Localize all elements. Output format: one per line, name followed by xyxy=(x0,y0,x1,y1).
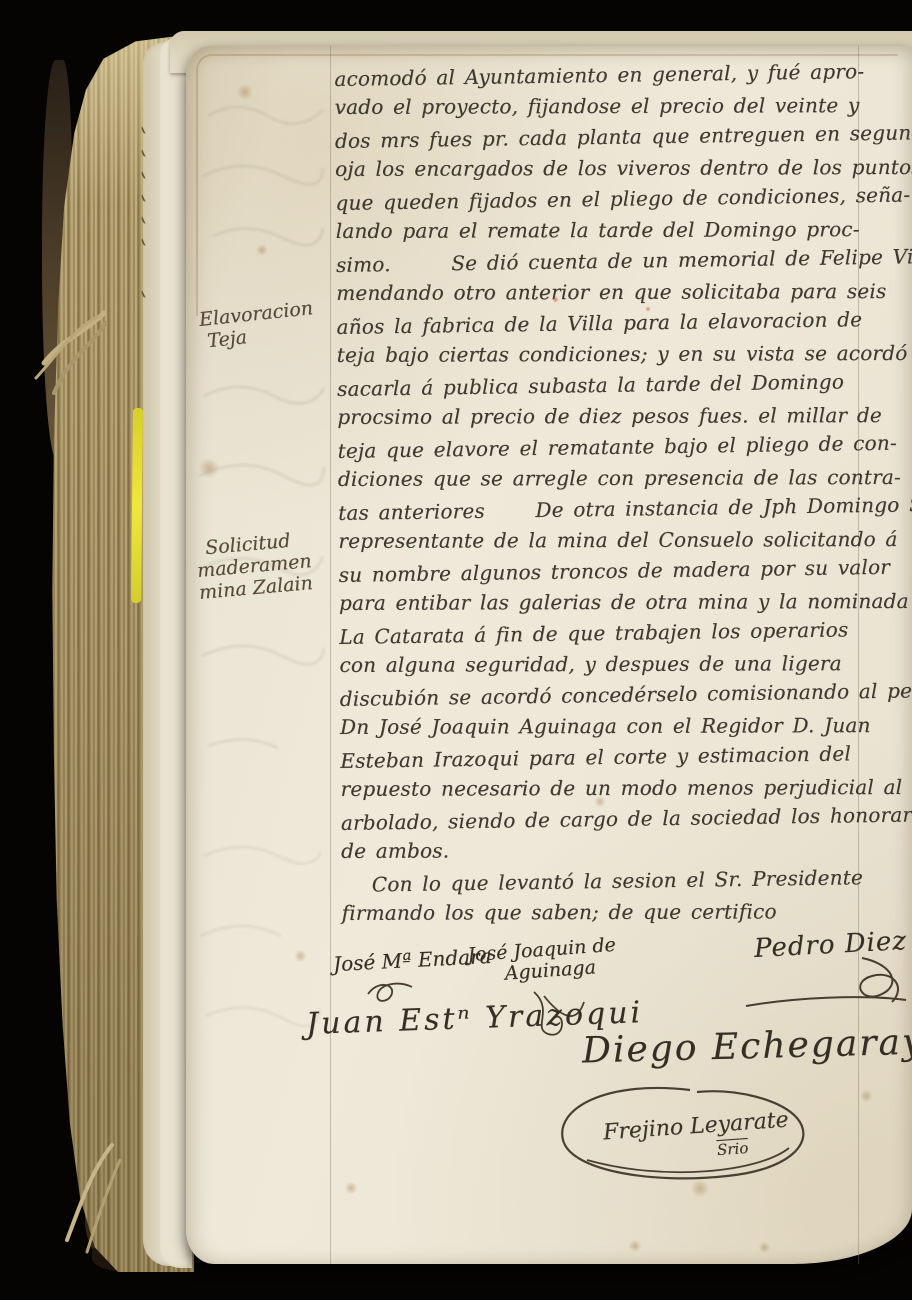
manuscript-line: que queden fijados en el pliego de condi… xyxy=(335,180,865,219)
binding-cord xyxy=(24,308,124,408)
manuscript-line: diciones que se arregle con presencia de… xyxy=(338,462,868,495)
manuscript-line: Dn José Joaquin Aguinaga con el Regidor … xyxy=(340,710,870,743)
ink-bleedthrough xyxy=(196,826,321,1086)
manuscript-line: simo. Se dió cuenta de un memorial de Fe… xyxy=(336,242,866,281)
manuscript-line: teja que elavore el rematante bajo el pl… xyxy=(337,428,867,467)
manuscript-line: oja los encargados de los viveros dentro… xyxy=(335,152,865,185)
manuscript-line: discubión se acordó concedérselo comisio… xyxy=(340,676,870,715)
secretary-title: Srio xyxy=(716,1139,748,1159)
manuscript-line: vado el proyecto, fijandose el precio de… xyxy=(335,90,865,123)
manuscript-line: dos mrs fues pr. cada planta que entregu… xyxy=(335,118,865,157)
manuscript-line: teja bajo ciertas condiciones; y en su v… xyxy=(337,338,867,371)
ink-bleedthrough xyxy=(198,86,328,306)
manuscript-line: mendando otro anterior en que solicitaba… xyxy=(336,276,866,309)
secretary-signature: Frejino Leyarate Srio xyxy=(545,1078,835,1198)
manuscript-line: Esteban Irazoqui para el corte y estimac… xyxy=(340,738,870,777)
manuscript-line: sacarla á publica subasta la tarde del D… xyxy=(337,366,867,405)
manuscript-line: tas anteriores De otra instancia de Jph … xyxy=(338,490,868,529)
scanned-manuscript-photo: Elavoracion Teja Solicitud maderamen min… xyxy=(0,0,912,1300)
manuscript-line: repuesto necesario de un modo menos perj… xyxy=(341,772,871,805)
manuscript-line: arbolado, siendo de cargo de la sociedad… xyxy=(341,800,871,839)
manuscript-line: años la fabrica de la Villa para la elav… xyxy=(336,304,866,343)
rubric-flourish xyxy=(742,954,910,1020)
manuscript-line: firmando los que saben; de que certifico xyxy=(342,896,872,929)
manuscript-line: procsimo al precio de diez pesos fues. e… xyxy=(337,400,867,433)
yellow-page-edge-marker xyxy=(131,408,143,603)
margin-note-solicitud-maderamen: Solicitud maderamen mina Zalain xyxy=(194,528,314,604)
manuscript-body-text: acomodó al Ayuntamiento en general, y fu… xyxy=(334,58,872,931)
signature-pedro-diez: Pedro Diez xyxy=(753,926,907,964)
manuscript-line: representante de la mina del Consuelo so… xyxy=(338,524,868,557)
manuscript-page: Elavoracion Teja Solicitud maderamen min… xyxy=(186,46,912,1264)
left-margin-rule xyxy=(330,46,331,1264)
manuscript-line: acomodó al Ayuntamiento en general, y fu… xyxy=(334,56,864,95)
signature-jose-joaquin-aguinaga: José Joaquin de Aguinaga xyxy=(467,935,618,987)
manuscript-line: lando para el remate la tarde del Doming… xyxy=(336,214,866,247)
manuscript-line: para entibar las galerias de otra mina y… xyxy=(339,586,869,619)
manuscript-line: Con lo que levantó la sesion el Sr. Pres… xyxy=(341,862,871,901)
frayed-paper-edge xyxy=(52,1140,132,1260)
manuscript-line: con alguna seguridad, y despues de una l… xyxy=(339,648,869,681)
manuscript-line: La Catarata á fin de que trabajen los op… xyxy=(339,614,869,653)
signature-diego-echegaray: Diego Echegaray xyxy=(582,1022,912,1072)
margin-note-elavoracion-teja: Elavoracion Teja xyxy=(198,297,316,353)
manuscript-line: su nombre algunos troncos de madera por … xyxy=(338,552,868,591)
manuscript-line: de ambos. xyxy=(341,834,871,867)
rubric-flourish xyxy=(364,978,416,1006)
